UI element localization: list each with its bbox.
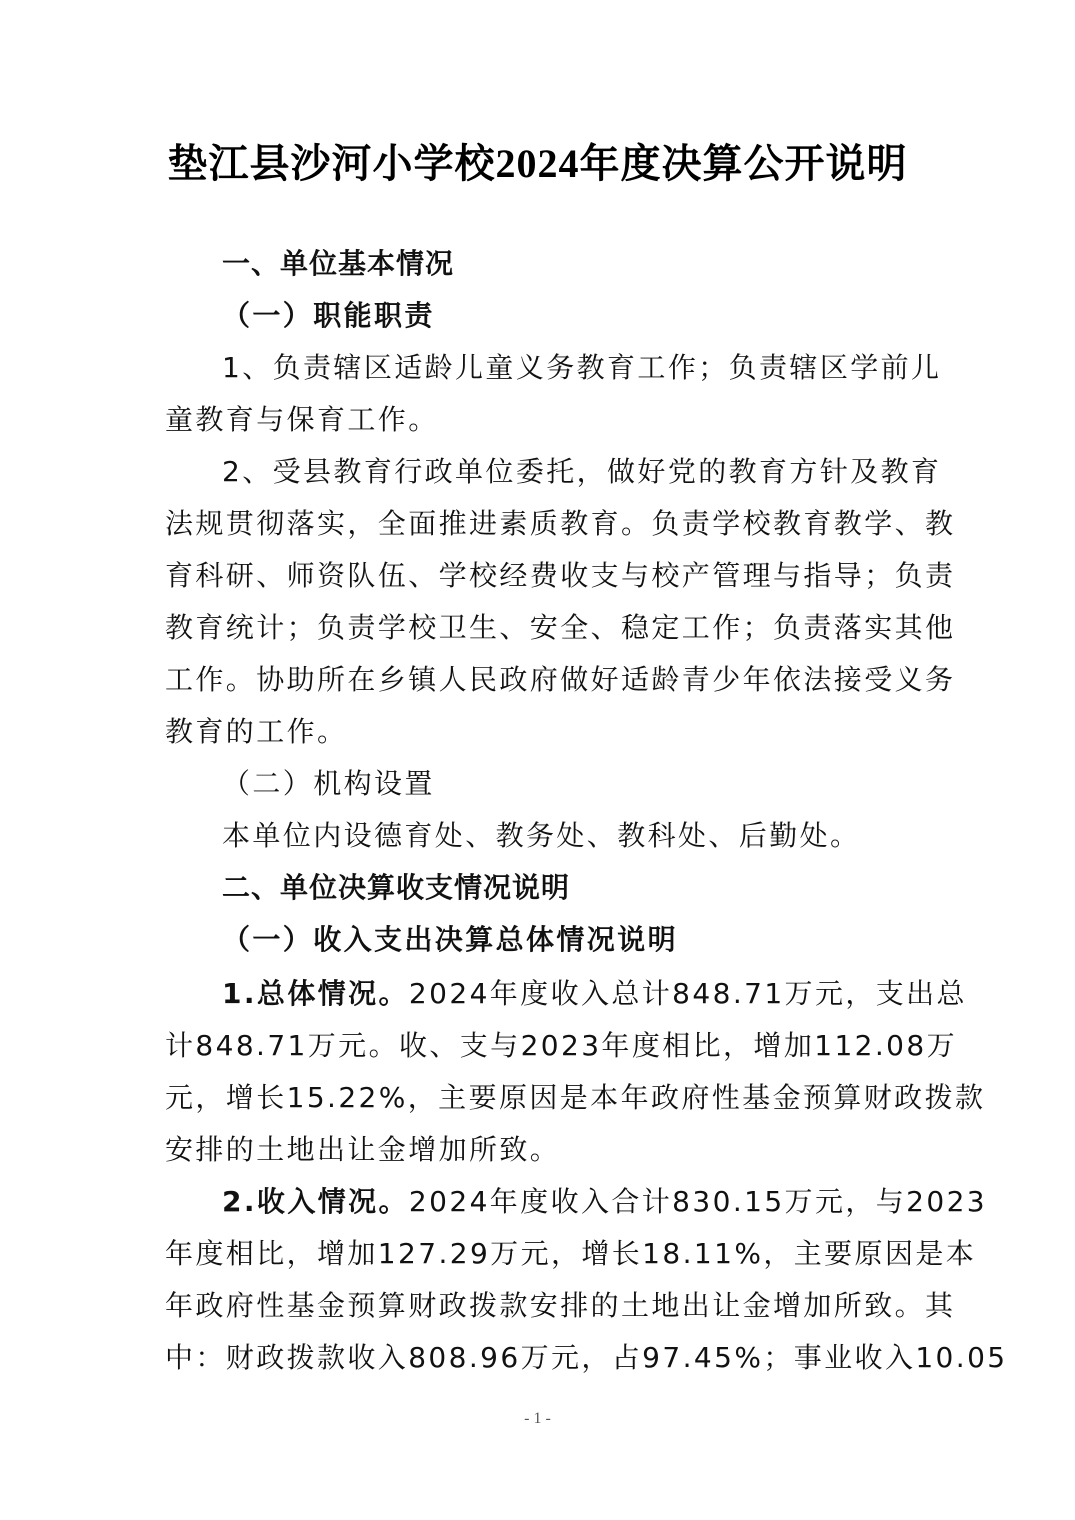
line-text: 教育统计；负责学校卫生、安全、稳定工作；负责落实其他 [165, 611, 955, 644]
paragraph-line: （二）机构设置 [222, 766, 915, 802]
line-text: 工作。协助所在乡镇人民政府做好适龄青少年依法接受义务 [165, 663, 955, 696]
line-text: 安排的土地出让金增加所致。 [165, 1133, 560, 1166]
paragraph-line: 安排的土地出让金增加所致。 [165, 1132, 915, 1168]
line-text: 1、负责辖区适龄儿童义务教育工作；负责辖区学前儿 [222, 351, 941, 384]
line-text: 一、单位基本情况 [222, 247, 454, 280]
line-text: （一）收入支出决算总体情况说明 [222, 923, 678, 956]
line-text: 本单位内设德育处、教务处、教科处、后勤处。 [222, 819, 860, 852]
line-text: 2、受县教育行政单位委托，做好党的教育方针及教育 [222, 455, 941, 488]
paragraph-line: 1、负责辖区适龄儿童义务教育工作；负责辖区学前儿 [222, 350, 915, 386]
line-text: 2024年度收入合计830.15万元，与2023 [409, 1185, 987, 1218]
paragraph-line: 育科研、师资队伍、学校经费收支与校产管理与指导；负责 [165, 558, 915, 594]
paragraph-line: 年度相比，增加127.29万元，增长18.11%，主要原因是本 [165, 1236, 915, 1272]
line-text: 法规贯彻落实，全面推进素质教育。负责学校教育教学、教 [165, 507, 955, 540]
paragraph-line: 2.收入情况。2024年度收入合计830.15万元，与2023 [222, 1184, 915, 1220]
paragraph-line: 工作。协助所在乡镇人民政府做好适龄青少年依法接受义务 [165, 662, 915, 698]
line-text: 育科研、师资队伍、学校经费收支与校产管理与指导；负责 [165, 559, 955, 592]
paragraph-line: 计848.71万元。收、支与2023年度相比，增加112.08万 [165, 1028, 915, 1064]
paragraph-line: 元，增长15.22%，主要原因是本年政府性基金预算财政拨款 [165, 1080, 915, 1116]
paragraph-line: 童教育与保育工作。 [165, 402, 915, 438]
line-text: 年政府性基金预算财政拨款安排的土地出让金增加所致。其 [165, 1289, 955, 1322]
line-text: 童教育与保育工作。 [165, 403, 439, 436]
paragraph-lead: 1.总体情况。 [222, 977, 409, 1010]
line-text: 计848.71万元。收、支与2023年度相比，增加112.08万 [165, 1029, 957, 1062]
line-text: 元，增长15.22%，主要原因是本年政府性基金预算财政拨款 [165, 1081, 985, 1114]
line-text: （二）机构设置 [222, 767, 435, 800]
line-text: 中：财政拨款收入808.96万元，占97.45%；事业收入10.05 [165, 1341, 1008, 1374]
paragraph-line: 2、受县教育行政单位委托，做好党的教育方针及教育 [222, 454, 915, 490]
paragraph-line: 法规贯彻落实，全面推进素质教育。负责学校教育教学、教 [165, 506, 915, 542]
page-number: - 1 - [0, 1410, 1075, 1428]
document-page: 垫江县沙河小学校2024年度决算公开说明 一、单位基本情况（一）职能职责1、负责… [0, 0, 1075, 1520]
line-text: 教育的工作。 [165, 715, 347, 748]
line-text: （一）职能职责 [222, 299, 435, 332]
section-heading: 二、单位决算收支情况说明 [222, 870, 915, 906]
line-text: 2024年度收入总计848.71万元，支出总 [409, 977, 967, 1010]
section-heading: 一、单位基本情况 [222, 246, 915, 282]
paragraph-line: 教育统计；负责学校卫生、安全、稳定工作；负责落实其他 [165, 610, 915, 646]
paragraph-line: 1.总体情况。2024年度收入总计848.71万元，支出总 [222, 976, 915, 1012]
document-title: 垫江县沙河小学校2024年度决算公开说明 [0, 132, 1075, 189]
paragraph-line: 中：财政拨款收入808.96万元，占97.45%；事业收入10.05 [165, 1340, 915, 1376]
paragraph-lead: 2.收入情况。 [222, 1185, 409, 1218]
section-heading: （一）收入支出决算总体情况说明 [222, 922, 915, 958]
line-text: 年度相比，增加127.29万元，增长18.11%，主要原因是本 [165, 1237, 976, 1270]
section-heading: （一）职能职责 [222, 298, 915, 334]
paragraph-line: 教育的工作。 [165, 714, 915, 750]
paragraph-line: 年政府性基金预算财政拨款安排的土地出让金增加所致。其 [165, 1288, 915, 1324]
line-text: 二、单位决算收支情况说明 [222, 871, 570, 904]
paragraph-line: 本单位内设德育处、教务处、教科处、后勤处。 [222, 818, 915, 854]
